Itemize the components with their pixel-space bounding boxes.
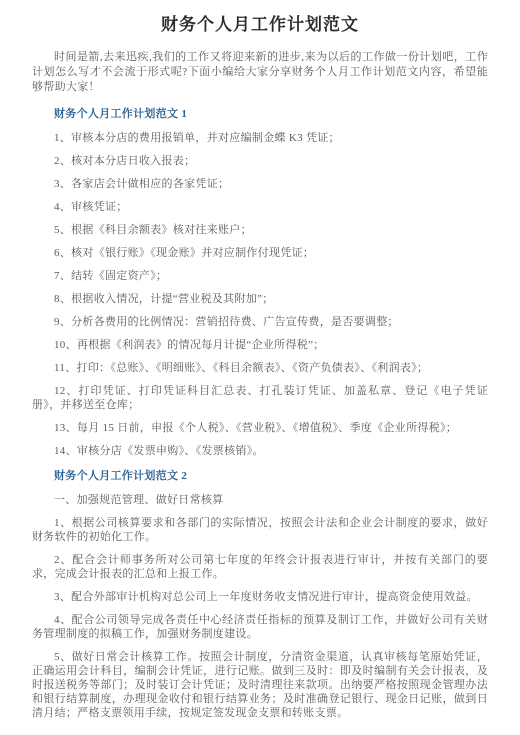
section-1-item-4: 4、审核凭证； xyxy=(32,200,488,214)
section-1-item-14: 14、审核分店《发票申购》、《发票核销》。 xyxy=(32,444,488,458)
section-1-item-9: 9、分析各费用的比例情况：营销招待费、广告宣传费，是否要调整； xyxy=(32,315,488,329)
section-1-item-7: 7、结转《固定资产》； xyxy=(32,269,488,283)
section-1-item-11: 11、打印：《总账》、《明细账》、《科目余额表》、《资产负债表》、《利润表》； xyxy=(32,361,488,375)
intro-paragraph: 时间是箭,去来迅疾,我们的工作又将迎来新的进步,来为以后的工作做一份计划吧，工作… xyxy=(32,50,488,95)
section-1-item-3: 3、各家店会计做相应的各家凭证； xyxy=(32,177,488,191)
section-2-item-1: 1、根据公司核算要求和各部门的实际情况，按照会计法和企业会计制度的要求，做好财务… xyxy=(32,516,488,544)
section-1-item-13: 13、每月 15 日前，申报《个人税》、《营业税》、《增值税》、季度《企业所得税… xyxy=(32,421,488,435)
section-2-item-3: 3、配合外部审计机构对总公司上一年度财务收支情况进行审计，提高资金使用效益。 xyxy=(32,590,488,604)
section-2-item-2: 2、配合会计师事务所对公司第七年度的年终会计报表进行审计，并按有关部门的要求，完… xyxy=(32,553,488,581)
section-1-item-1: 1、审核本分店的费用报销单，并对应编制金蝶 K3 凭证； xyxy=(32,131,488,145)
section-2-heading: 财务个人月工作计划范文 2 xyxy=(32,469,488,483)
section-1-item-10: 10、再根据《利润表》的情况每月计提“企业所得税”； xyxy=(32,338,488,352)
section-2-item-4: 4、配合公司领导完成各责任中心经济责任指标的预算及制订工作，并做好公司有关财务管… xyxy=(32,613,488,641)
section-1-item-12: 12、打印凭证、打印凭证科目汇总表、打孔装订凭证、加盖私章、登记《电子凭证册》，… xyxy=(32,384,488,412)
section-2-item-5: 5、做好日常会计核算工作。按照会计制度，分清资金渠道，认真审核每笔原始凭证，正确… xyxy=(32,650,488,720)
section-1-heading: 财务个人月工作计划范文 1 xyxy=(32,107,488,121)
document-page: 财务个人月工作计划范文 时间是箭,去来迅疾,我们的工作又将迎来新的进步,来为以后… xyxy=(0,0,520,735)
page-title: 财务个人月工作计划范文 xyxy=(32,14,488,36)
section-2-subheading: 一、加强规范管理、做好日常核算 xyxy=(32,493,488,507)
section-1-item-5: 5、根据《科目余额表》核对往来账户； xyxy=(32,223,488,237)
section-1-item-2: 2、核对本分店日收入报表； xyxy=(32,154,488,168)
section-1-item-6: 6、核对《银行账》《现金账》并对应制作付现凭证； xyxy=(32,246,488,260)
section-1-item-8: 8、根据收入情况，计提“营业税及其附加”； xyxy=(32,292,488,306)
